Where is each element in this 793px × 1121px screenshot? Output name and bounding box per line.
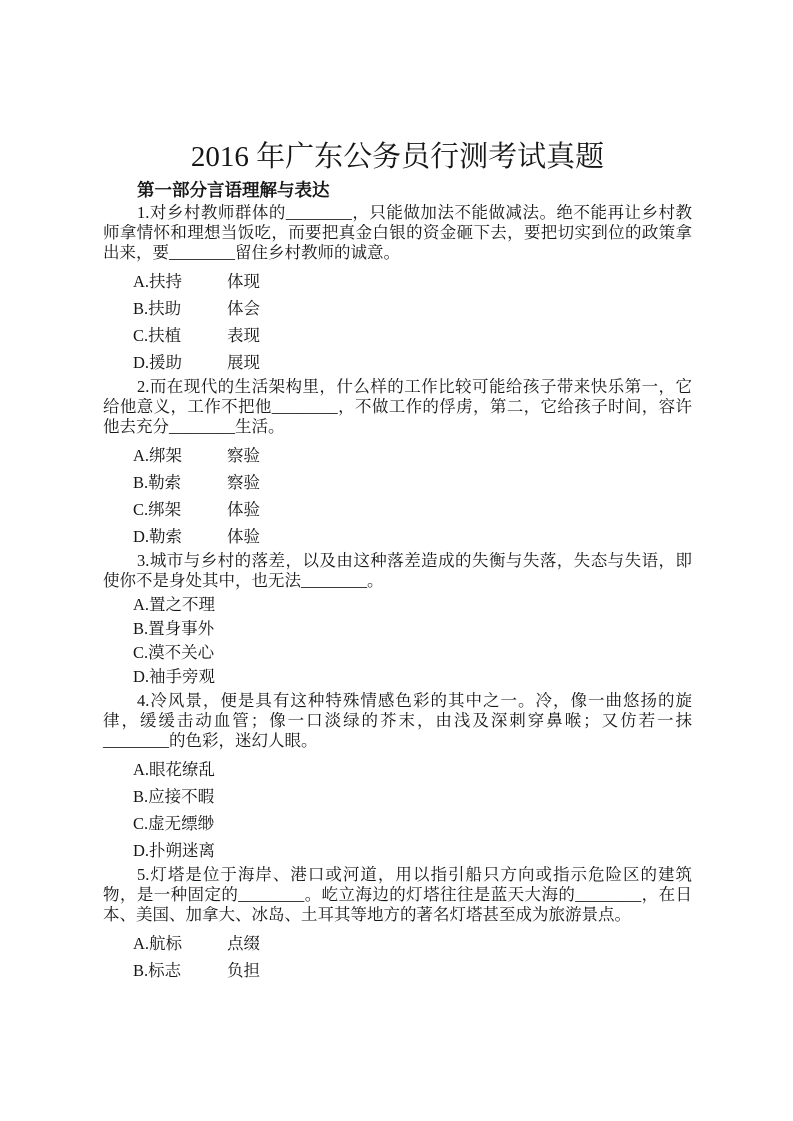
option-row: C.虚无缥缈 [133, 814, 692, 834]
question-3-stem: 3.城市与乡村的落差，以及由这种落差造成的失衡与失落，失态与失语，即使你不是身处… [103, 551, 692, 591]
option-row: D.援助展现 [133, 353, 692, 373]
option-label: B.标志 [133, 961, 227, 981]
question-4-options: A.眼花缭乱 B.应接不暇 C.虚无缥缈 D.扑朔迷离 [103, 760, 692, 861]
option-label: D.援助 [133, 353, 227, 373]
option-label: C.漠不关心 [133, 643, 227, 663]
option-row: B.标志负担 [133, 961, 692, 981]
option-label: C.扶植 [133, 326, 227, 346]
option-row: B.置身事外 [133, 619, 692, 639]
question-1-options: A.扶持体现 B.扶助体会 C.扶植表现 D.援助展现 [103, 272, 692, 373]
option-second-word: 体现 [227, 272, 260, 291]
option-row: B.应接不暇 [133, 787, 692, 807]
question-2-stem: 2.而在现代的生活架构里，什么样的工作比较可能给孩子带来快乐第一，它给他意义，工… [103, 377, 692, 437]
option-label: D.勒索 [133, 527, 227, 547]
option-label: C.绑架 [133, 500, 227, 520]
option-row: C.漠不关心 [133, 643, 692, 663]
option-label: B.扶助 [133, 299, 227, 319]
option-label: A.扶持 [133, 272, 227, 292]
option-second-word: 体会 [227, 299, 260, 318]
question-3: 3.城市与乡村的落差，以及由这种落差造成的失衡与失落，失态与失语，即使你不是身处… [103, 551, 692, 687]
option-second-word: 察验 [227, 446, 260, 465]
option-second-word: 负担 [227, 961, 260, 980]
option-row: D.袖手旁观 [133, 667, 692, 687]
option-second-word: 体验 [227, 527, 260, 546]
page-content: 2016 年广东公务员行测考试真题 第一部分言语理解与表达 1.对乡村教师群体的… [103, 138, 692, 985]
option-row: A.扶持体现 [133, 272, 692, 292]
option-row: D.扑朔迷离 [133, 841, 692, 861]
option-row: B.勒索察验 [133, 473, 692, 493]
option-label: D.扑朔迷离 [133, 841, 227, 861]
option-row: A.眼花缭乱 [133, 760, 692, 780]
exam-document-page: 2016 年广东公务员行测考试真题 第一部分言语理解与表达 1.对乡村教师群体的… [0, 0, 793, 1121]
option-label: A.绑架 [133, 446, 227, 466]
option-second-word: 体验 [227, 500, 260, 519]
option-row: A.置之不理 [133, 595, 692, 615]
option-row: C.扶植表现 [133, 326, 692, 346]
option-second-word: 表现 [227, 326, 260, 345]
question-2: 2.而在现代的生活架构里，什么样的工作比较可能给孩子带来快乐第一，它给他意义，工… [103, 377, 692, 547]
option-label: A.航标 [133, 934, 227, 954]
option-row: D.勒索体验 [133, 527, 692, 547]
option-label: A.眼花缭乱 [133, 760, 227, 780]
question-5-options: A.航标点缀 B.标志负担 [103, 934, 692, 981]
option-label: C.虚无缥缈 [133, 814, 227, 834]
option-label: B.置身事外 [133, 619, 227, 639]
question-1: 1.对乡村教师群体的________，只能做加法不能做减法。绝不能再让乡村教师拿… [103, 203, 692, 373]
question-2-options: A.绑架察验 B.勒索察验 C.绑架体验 D.勒索体验 [103, 446, 692, 547]
option-row: C.绑架体验 [133, 500, 692, 520]
question-3-options: A.置之不理 B.置身事外 C.漠不关心 D.袖手旁观 [103, 595, 692, 687]
option-second-word: 察验 [227, 473, 260, 492]
question-5-stem: 5.灯塔是位于海岸、港口或河道，用以指引船只方向或指示危险区的建筑物，是一种固定… [103, 865, 692, 925]
option-second-word: 点缀 [227, 934, 260, 953]
question-5: 5.灯塔是位于海岸、港口或河道，用以指引船只方向或指示危险区的建筑物，是一种固定… [103, 865, 692, 981]
question-4: 4.冷风景，便是具有这种特殊情感色彩的其中之一。冷，像一曲悠扬的旋律，缓缓击动血… [103, 691, 692, 861]
question-4-stem: 4.冷风景，便是具有这种特殊情感色彩的其中之一。冷，像一曲悠扬的旋律，缓缓击动血… [103, 691, 692, 751]
section-heading: 第一部分言语理解与表达 [137, 180, 692, 201]
option-second-word: 展现 [227, 353, 260, 372]
option-label: B.应接不暇 [133, 787, 227, 807]
option-row: A.绑架察验 [133, 446, 692, 466]
option-label: D.袖手旁观 [133, 667, 227, 687]
document-title: 2016 年广东公务员行测考试真题 [103, 138, 692, 176]
option-row: A.航标点缀 [133, 934, 692, 954]
option-row: B.扶助体会 [133, 299, 692, 319]
option-label: B.勒索 [133, 473, 227, 493]
question-1-stem: 1.对乡村教师群体的________，只能做加法不能做减法。绝不能再让乡村教师拿… [103, 203, 692, 263]
option-label: A.置之不理 [133, 595, 227, 615]
